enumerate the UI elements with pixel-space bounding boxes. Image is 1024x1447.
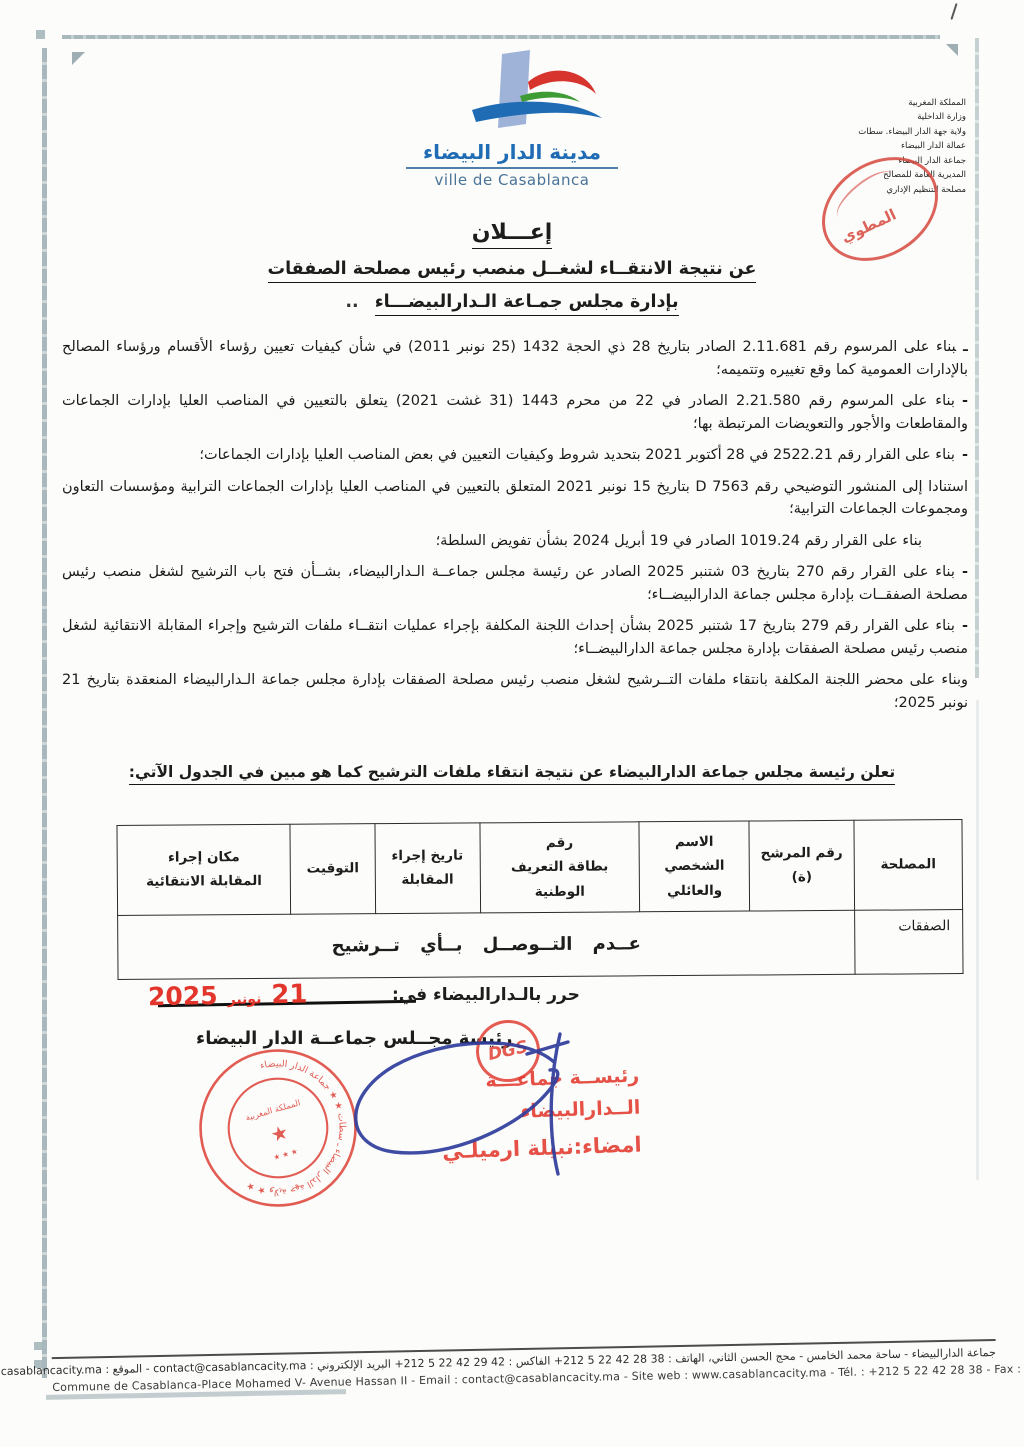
scan-corner-square xyxy=(36,30,45,39)
scan-border-top xyxy=(62,35,940,39)
paragraph: استنادا إلى المنشور التوضيحي رقم D 7563 … xyxy=(62,476,968,521)
col-header-service: المصلحة xyxy=(854,820,963,911)
paragraph: -بناء على القرار رقم 270 بتاريخ 03 شتنبر… xyxy=(62,561,968,606)
date-day: 21 xyxy=(271,979,308,1010)
footer: جماعة الدارالبيضاء - ساحة محمد الخامس - … xyxy=(52,1339,997,1394)
title-block: إعـــلان عن نتيجة الانتقــاء لشغــل منصب… xyxy=(0,220,1024,316)
date-year: 2025 xyxy=(148,981,218,1011)
title-subject: عن نتيجة الانتقــاء لشغــل منصب رئيس مصل… xyxy=(0,259,1024,283)
letterhead-line: وزارة الداخلية xyxy=(858,110,966,124)
page-title: إعـــلان xyxy=(0,220,1024,249)
logo-city-name-arabic: مدينة الدار البيضاء xyxy=(392,140,632,164)
service-cell: الصفقات xyxy=(854,909,963,974)
logo-city-name-french: ville de Casablanca xyxy=(392,171,632,189)
scanned-document-page: مدينة الدار البيضاء ville de Casablanca … xyxy=(0,0,1024,1447)
paragraph: -بناء على المرسوم رقم 2.21.580 الصادر في… xyxy=(62,390,968,435)
corner-triangle-mark-left xyxy=(72,52,85,65)
letterhead-line: المملكة المغربية xyxy=(858,96,966,110)
results-table-wrapper: المصلحة رقم المرشح (ة) الاسم الشخصي والع… xyxy=(116,819,963,980)
scan-artifact-square xyxy=(34,1342,42,1350)
col-header-interview-date: تاريخ إجراء المقابلة xyxy=(375,823,480,914)
logo-divider xyxy=(406,167,618,169)
letterhead-line: ولاية جهة الدار البيضاء. سطات xyxy=(858,125,966,139)
legal-references: ـبناء على المرسوم رقم 2.11.681 الصادر بت… xyxy=(62,336,968,760)
announcement-sentence: تعلن رئيسة مجلس جماعة الدارالبيضاء عن نت… xyxy=(60,762,964,785)
date-stamp: 21نونبر2025 xyxy=(148,978,404,1012)
paragraph: بناء على القرار رقم 1019.24 الصادر في 19… xyxy=(62,530,922,553)
col-header-full-name: الاسم الشخصي والعائلي xyxy=(639,821,749,912)
scan-border-right xyxy=(975,38,979,678)
city-logo: مدينة الدار البيضاء ville de Casablanca xyxy=(392,48,632,189)
paragraph: -بناء على القرار رقم 279 بتاريخ 17 شتنبر… xyxy=(62,615,968,660)
issued-at-label: حرر بالـدارالبيضاء في: xyxy=(392,985,580,1005)
paragraph: وبناء على محضر اللجنة المكلفة بانتقاء مل… xyxy=(62,669,968,714)
round-stamp-star: ★ xyxy=(268,1120,291,1147)
round-stamp-center-text: المملكة المغربية xyxy=(244,1097,301,1122)
scan-border-right-faint xyxy=(976,700,979,1180)
col-header-interview-place: مكان إجراء المقابلة الانتقائية xyxy=(117,824,291,915)
col-header-time: التوقيت xyxy=(290,824,375,914)
corner-triangle-mark-right xyxy=(946,44,958,56)
col-header-id-card: رقم بطاقة التعريف الوطنية xyxy=(479,822,639,913)
date-month: نونبر xyxy=(228,991,262,1008)
title-entity: بإدارة مجلس جمـاعة الـدارالبيضـــاء.. xyxy=(0,292,1024,316)
pen-tick-mark xyxy=(950,3,957,20)
table-row: الصفقات عــدم التــوصــل بــأي تــرشيح xyxy=(118,909,963,979)
table-header-row: المصلحة رقم المرشح (ة) الاسم الشخصي والع… xyxy=(117,820,963,916)
col-header-candidate-number: رقم المرشح (ة) xyxy=(749,820,854,911)
signature-autograph-icon xyxy=(322,1028,592,1188)
title-suffix: .. xyxy=(345,292,358,312)
paragraph: -بناء على القرار رقم 2522.21 في 28 أكتوب… xyxy=(62,444,968,467)
paragraph: ـبناء على المرسوم رقم 2.11.681 الصادر بت… xyxy=(62,336,968,381)
result-cell: عــدم التــوصــل بــأي تــرشيح xyxy=(118,910,855,979)
round-stamp-small-stars: ★ ★ ★ xyxy=(272,1147,299,1163)
casablanca-logo-icon xyxy=(402,48,622,144)
results-table: المصلحة رقم المرشح (ة) الاسم الشخصي والع… xyxy=(116,819,963,980)
